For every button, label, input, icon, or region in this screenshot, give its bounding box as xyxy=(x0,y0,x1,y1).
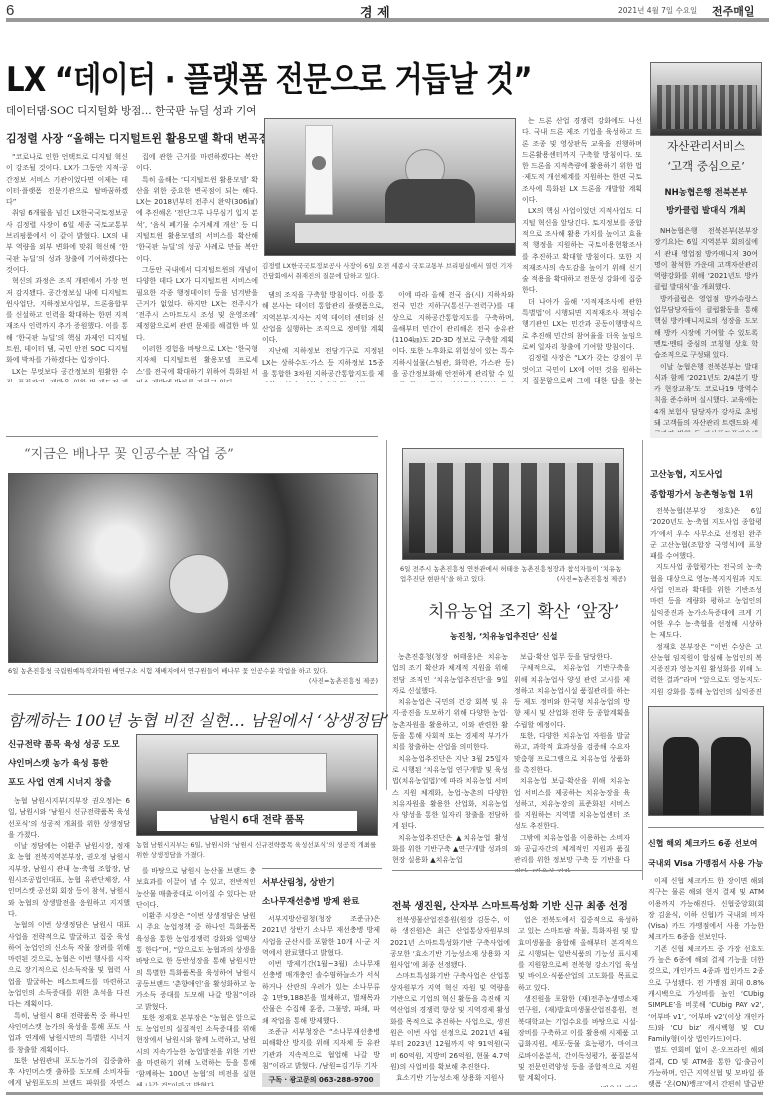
namwon-subtitle-2: 샤인머스캣 농가 육성 통한 xyxy=(8,757,108,769)
footer-rule xyxy=(6,1092,763,1095)
researcher-figure xyxy=(169,554,229,614)
paragraph: 이날 농협은행 전북본부는 발대식과 함께 ‘2021년도 2/4분기 방카 현… xyxy=(654,362,758,432)
paragraph: 별도 연회비 없이 온·오프라인 해외 결제, CD 및 ATM을 통한 입·출… xyxy=(648,1045,764,1088)
namwon-group-photo: 남원시 6대 전략 품목 xyxy=(136,734,378,836)
section-divider xyxy=(262,868,382,869)
lead-subheadline-quote: 김정렬 사장 “올해는 디지털트윈 활용모델 확대 변곡점” xyxy=(6,130,275,146)
paragraph: 지난해 지하정보 전담기구로 지정된 LX는 상하수도·가스 등 지하정보 15… xyxy=(262,346,384,382)
paragraph: 정재호 본부장은 “이번 수상은 고산농협 임직원이 합심해 농업인의 복지증진… xyxy=(650,642,762,698)
namwon-headline: 함께하는 100년 농협 비전 실현… 남원에서 ‘상생정담’ xyxy=(8,708,389,731)
paragraph: 더 나아가 올해 ‘지적재조사에 관한 특별법’이 시행되면 지적재조사 책임수… xyxy=(522,297,642,353)
flag-icon xyxy=(305,125,333,215)
paragraph: 보급·확산 업무 등을 담당한다. xyxy=(514,652,630,663)
paragraph: 또한 정재호 본부장은 “농협은 앞으로도 농업인의 실질적인 소득증대를 위해… xyxy=(136,1013,256,1086)
healing-ceremony-photo xyxy=(402,448,624,560)
paragraph: 집에 관한 근거를 마련하겠다는 복안이다. xyxy=(136,152,258,175)
paragraph: 효소기반 기능성소재 상용화 지원사 xyxy=(390,1073,510,1084)
paragraph: 또한, 다양한 치유농업 자원을 발굴하고, 과학적 효과성을 검증해 수요자 … xyxy=(514,731,630,776)
column-divider xyxy=(386,440,387,790)
forest-body: 서부지방산림청(청장 조준규)은 2021년 상반기 소나무 재선충병 방제사업… xyxy=(262,914,380,1069)
subscription-ad-contact: 구독 · 광고문의 063-288-9700 xyxy=(262,1073,380,1087)
namwon-subtitle-1: 신규전략 품목 육성 성공 도모 xyxy=(8,738,120,750)
newspaper-name: 전주매일 xyxy=(712,3,755,19)
namwon-column-2: 를 바탕으로 남원시 농산물 브랜드 충보효과를 이끌어 낼 수 있고, 전반적… xyxy=(136,866,256,1086)
paragraph: NH농협은행 전북본부(본부장 장기요)는 6일 지역본부 회의실에서 관내 영… xyxy=(654,226,758,294)
paragraph: 그밖에 치유농업을 이용하는 소비자와 공급자간의 체계적인 지원과 품질관리를… xyxy=(514,833,630,872)
section-divider xyxy=(6,436,378,437)
paragraph: 전북생물산업진흥원(원장 김동수, 이하 생진원)은 최근 산업통상자원부의 2… xyxy=(390,915,510,971)
byline: /김윤상 기자 xyxy=(518,1084,638,1087)
paragraph: “코로나로 인한 언택트로 디지털 혁신이 강조될 것이다. LX가 그동안 지… xyxy=(6,152,128,208)
pear-blossom-photo xyxy=(8,473,378,663)
paragraph: 는 드론 산업 경쟁력 강화에도 나선다. 국내 드론 제조 기업을 육성하고 … xyxy=(522,116,642,206)
pear-quote-headline: “지금은 배나무 꽃 인공수분 작업 중” xyxy=(24,443,234,462)
paragraph: 이에 따라 올해 전국 읍(시) 지하차와 전국 민간 지하구(통신구·전력구)… xyxy=(392,290,514,382)
sidebar-subtitle-2: 방카클럽 발대식 개최 xyxy=(650,204,762,216)
lead-photo-press-briefing xyxy=(264,118,516,256)
paragraph: 농촌진흥청(청장 허태웅)은 치유농업의 조기 확산과 체계적 지원을 위해 전… xyxy=(392,652,508,697)
paragraph: 댐의 조직을 구축할 방침이다. 이를 통해 본사는 데이터 통합관리 플랫폼으… xyxy=(262,290,384,346)
section-divider xyxy=(648,827,764,828)
bio-column-1: 전북생물산업진흥원(원장 김동수, 이하 생진원)은 최근 산업통상자원부의 2… xyxy=(390,915,510,1087)
healing-column-1: 농촌진흥청(청장 허태웅)은 치유농업의 조기 확산과 체계적 지원을 위해 전… xyxy=(392,652,508,872)
gosan-title-1: 고산농협, 지도사업 xyxy=(650,468,723,480)
namwon-subtitle-3: 포도 사업 연계 시너지 창출 xyxy=(8,776,111,788)
gosan-title-2: 종합평가서 농촌형농협 1위 xyxy=(650,488,753,500)
paragraph: 업은 전북도에서 집중적으로 육성하고 있는 스마트팜 작물, 특화자원 및 발… xyxy=(518,915,638,994)
section-divider xyxy=(8,694,378,695)
paragraph: 이제 신협 체크카드 한 장이면 해외 직구는 물론 해외 현지 결제 및 AT… xyxy=(648,876,764,944)
bio-headline: 전북 생진원, 산자부 스마트특성화 기반 신규 최종 선정 xyxy=(392,898,628,912)
sidebar-subtitle-1: NH농협은행 전북본부 xyxy=(650,186,762,198)
healing-subheadline: 농진청, ‘치유농업추진단’ 신설 xyxy=(450,631,557,642)
forest-title-1: 서부산림청, 상반기 xyxy=(262,876,335,888)
gosan-body: 전북농협(본부장 정호)은 6일 ‘2020년도 농·축협 지도사업 종합평가’… xyxy=(650,506,762,698)
paragraph: LX는 무엇보다 공간정보의 원활한 수집, 품질관리, 개방을 위한 법·제도… xyxy=(6,367,128,382)
paragraph: 기존 신협 체크카드 중 가장 선호도가 높은 6종에 해외 결제 기능을 더한… xyxy=(648,944,764,1046)
paragraph: 이번 방제기간(1월~3월) 소나무재선충병 매개충인 솔수염하늘소가 서식하거… xyxy=(262,959,380,1027)
banner xyxy=(187,753,327,793)
shinhyup-body: 이제 신협 체크카드 한 장이면 해외 직구는 물론 해외 현지 결제 및 AT… xyxy=(648,876,764,1088)
paragraph: 취임 6개월을 넘긴 LX한국국토정보공사 김정렬 사장이 6일 세종 국토교통… xyxy=(6,208,128,276)
column-divider xyxy=(642,440,643,880)
shinhyup-title-2: 국내외 Visa 가맹점서 사용 가능 xyxy=(648,858,763,869)
page-number: 6 xyxy=(6,2,14,19)
lead-column-3: 댐의 조직을 구축할 방침이다. 이를 통해 본사는 데이터 통합관리 플랫폼으… xyxy=(262,290,384,382)
pear-photo-credit: (사진=농촌진흥청 제공) xyxy=(8,676,378,686)
paragraph: 치유농업추진단은 지난 3월 25일자로 시행된 ‘치유농업 연구개발 및 육성… xyxy=(392,754,508,833)
paragraph: 전북농협(본부장 정호)은 6일 ‘2020년도 농·축협 지도사업 종합평가’… xyxy=(650,506,762,562)
paragraph: 농협 남원시지부(지부장 권오정)는 6일, 남원시와 ‘남원시 신규전략품목 … xyxy=(8,796,130,841)
lead-column-5: 는 드론 산업 경쟁력 강화에도 나선다. 국내 드론 제조 기업을 육성하고 … xyxy=(522,116,642,384)
lead-headline: LX “데이터 · 플랫폼 전문으로 거듭날 것” xyxy=(6,52,532,101)
paragraph: 스마트특성화기반 구축사업은 산업통상자원부가 지역 혁신 자원 및 역량을 기… xyxy=(390,971,510,1073)
paragraph: LX의 핵심 사업이었던 지적사업도 디지털 혁신을 앞당긴다. 토지정보를 종… xyxy=(522,206,642,296)
issue-date: 2021년 4월 7일 수요일 xyxy=(618,5,697,16)
paragraph: 치유농업은 국민의 건강 회복 및 유지·증진을 도모하기 위해 다양한 농업·… xyxy=(392,697,508,753)
paragraph: 혁신의 과정은 조직 개편에서 가장 먼저 감지됐다. 공간정보실 내에 디지털… xyxy=(6,276,128,366)
section-divider xyxy=(392,870,642,871)
paragraph: 이날 정담에는 이환주 남원시장, 정재호 농협 전북지역본부장, 권오정 남원… xyxy=(8,841,130,920)
paragraph: 서부지방산림청(청장 조준규)은 2021년 상반기 소나무 재선충병 방제사업… xyxy=(262,914,380,959)
paragraph: 이환주 시장은 “이번 상생정담은 남원시 주요 농업정책 중 하나인 특화품목… xyxy=(136,911,256,1013)
paragraph: 이러한 경험을 바탕으로 LX는 ‘한국형 지자체 디지털트윈 활용모델 프로세… xyxy=(136,344,258,382)
shinhyup-title-1: 신협 해외 체크카드 6종 선보여 xyxy=(648,838,757,849)
paragraph: 구체적으로, 치유농업 기반구축을 위해 치유농업사 양성 관련 고시를 제정하… xyxy=(514,663,630,731)
paragraph: 특히, 남원시 8대 전략품목 중 하나인 샤인머스캣 농가의 육성을 통해 포… xyxy=(8,1011,130,1056)
healing-column-2: 보급·확산 업무 등을 담당한다. 구체적으로, 치유농업 기반구축을 위해 치… xyxy=(514,652,630,872)
sidebar-title-1: 자산관리서비스 xyxy=(650,138,762,154)
paragraph: 또한 남원관내 포도농가의 집중출하 후 샤인머스캣 출하를 도모해 소비자들에… xyxy=(8,1056,130,1086)
lead-column-2: 집에 관한 근거를 마련하겠다는 복안이다. 특히 올해는 ‘디지털트윈 활용모… xyxy=(136,152,258,382)
paragraph: 조준규 서부청장은 “소나무재선충병 피해확산 방지를 위해 지자체 등 유관기… xyxy=(262,1027,380,1069)
lead-column-1: “코로나로 인한 언택트로 디지털 혁신이 강조될 것이다. LX가 그동안 지… xyxy=(6,152,128,382)
sidebar-title-2: ‘고객 중심으로’ xyxy=(650,158,762,174)
forest-title-2: 소나무재선충병 방제 완료 xyxy=(262,895,359,907)
paragraph: 치유농업 보급·확산을 위해 치유농업 서비스를 제공하는 치유농장을 육성하고… xyxy=(514,776,630,832)
sidebar-photo-group xyxy=(650,62,762,136)
bio-column-2: 업은 전북도에서 집중적으로 육성하고 있는 스마트팜 작물, 특화자원 및 발… xyxy=(518,915,638,1087)
lead-column-4: 이에 따라 올해 전국 읍(시) 지하차와 전국 민간 지하구(통신구·전력구)… xyxy=(392,290,514,382)
paragraph: 특히 올해는 ‘디지털트윈 활용모델’ 확산을 위한 중요한 변곡점이 되는 해… xyxy=(136,175,258,265)
pear-photo-caption: 6일 농촌진흥청 국립원예특작과학원 배연구소 시험 재배지에서 연구원들이 배… xyxy=(8,666,378,676)
paragraph: 를 바탕으로 남원시 농산물 브랜드 충보효과를 이끌어 낼 수 있고, 전반적… xyxy=(136,866,256,911)
paragraph: 농협의 이번 상생정담은 남원시 대표사업을 전략적으로 발굴하고 집중 육성하… xyxy=(8,920,130,1010)
sidebar-body: NH농협은행 전북본부(본부장 장기요)는 6일 지역본부 회의실에서 관내 영… xyxy=(654,226,758,432)
paragraph: 생진원을 포함한 (재)전주농생명소재연구원, (재)발효미생물산업진흥원, 전… xyxy=(518,994,638,1084)
namwon-banner-text: 남원시 6대 전략 품목 xyxy=(157,811,357,831)
header-rule xyxy=(6,18,769,22)
paragraph: 치유농업추진단은 ▲치유농업 활성화를 위한 기반구축 ▲연구개발 성과의 현장… xyxy=(392,833,508,867)
paragraph: 방카클럽은 영업점 방카슈랑스 업무담당자들이 클럽활동을 통해 핵심 방카매니… xyxy=(654,294,758,362)
namwon-column-1: 농협 남원시지부(지부장 권오정)는 6일, 남원시와 ‘남원시 신규전략품목 … xyxy=(8,796,130,1086)
paragraph: 지도사업 종합평가는 전국의 농·축협을 대상으로 영농·복지지원과 지도사업 … xyxy=(650,562,762,641)
paragraph: 그동안 국내에서 디지털트윈의 개념이 다양한 데다 LX가 디지털트윈 서비스… xyxy=(136,265,258,344)
podium-desk xyxy=(295,223,515,243)
namwon-photo-caption: 농협 남원시지부는 6일, 남원시와 ‘남원시 신규전략품목 육성선포식’의 성… xyxy=(136,840,380,860)
lead-photo-caption: 김정렬 LX한국국토정보공사 사장이 6일 오전 세종시 국토교통부 브리핑실에… xyxy=(262,261,518,281)
healing-headline: 치유농업 조기 확산 ‘앞장’ xyxy=(428,597,619,622)
paragraph: 김정렬 사장은 “LX가 갖는 강점이 무엇이고 국민이 LX에 어떤 것을 원… xyxy=(522,353,642,384)
shinhyup-award-photo xyxy=(648,706,764,816)
healing-photo-credit: (사진=농촌진흥청 제공) xyxy=(400,574,626,584)
lead-subheadline: 데이터댐·SOC 디지털화 방점… 한국판 뉴딜 성과 기여 xyxy=(6,103,256,118)
